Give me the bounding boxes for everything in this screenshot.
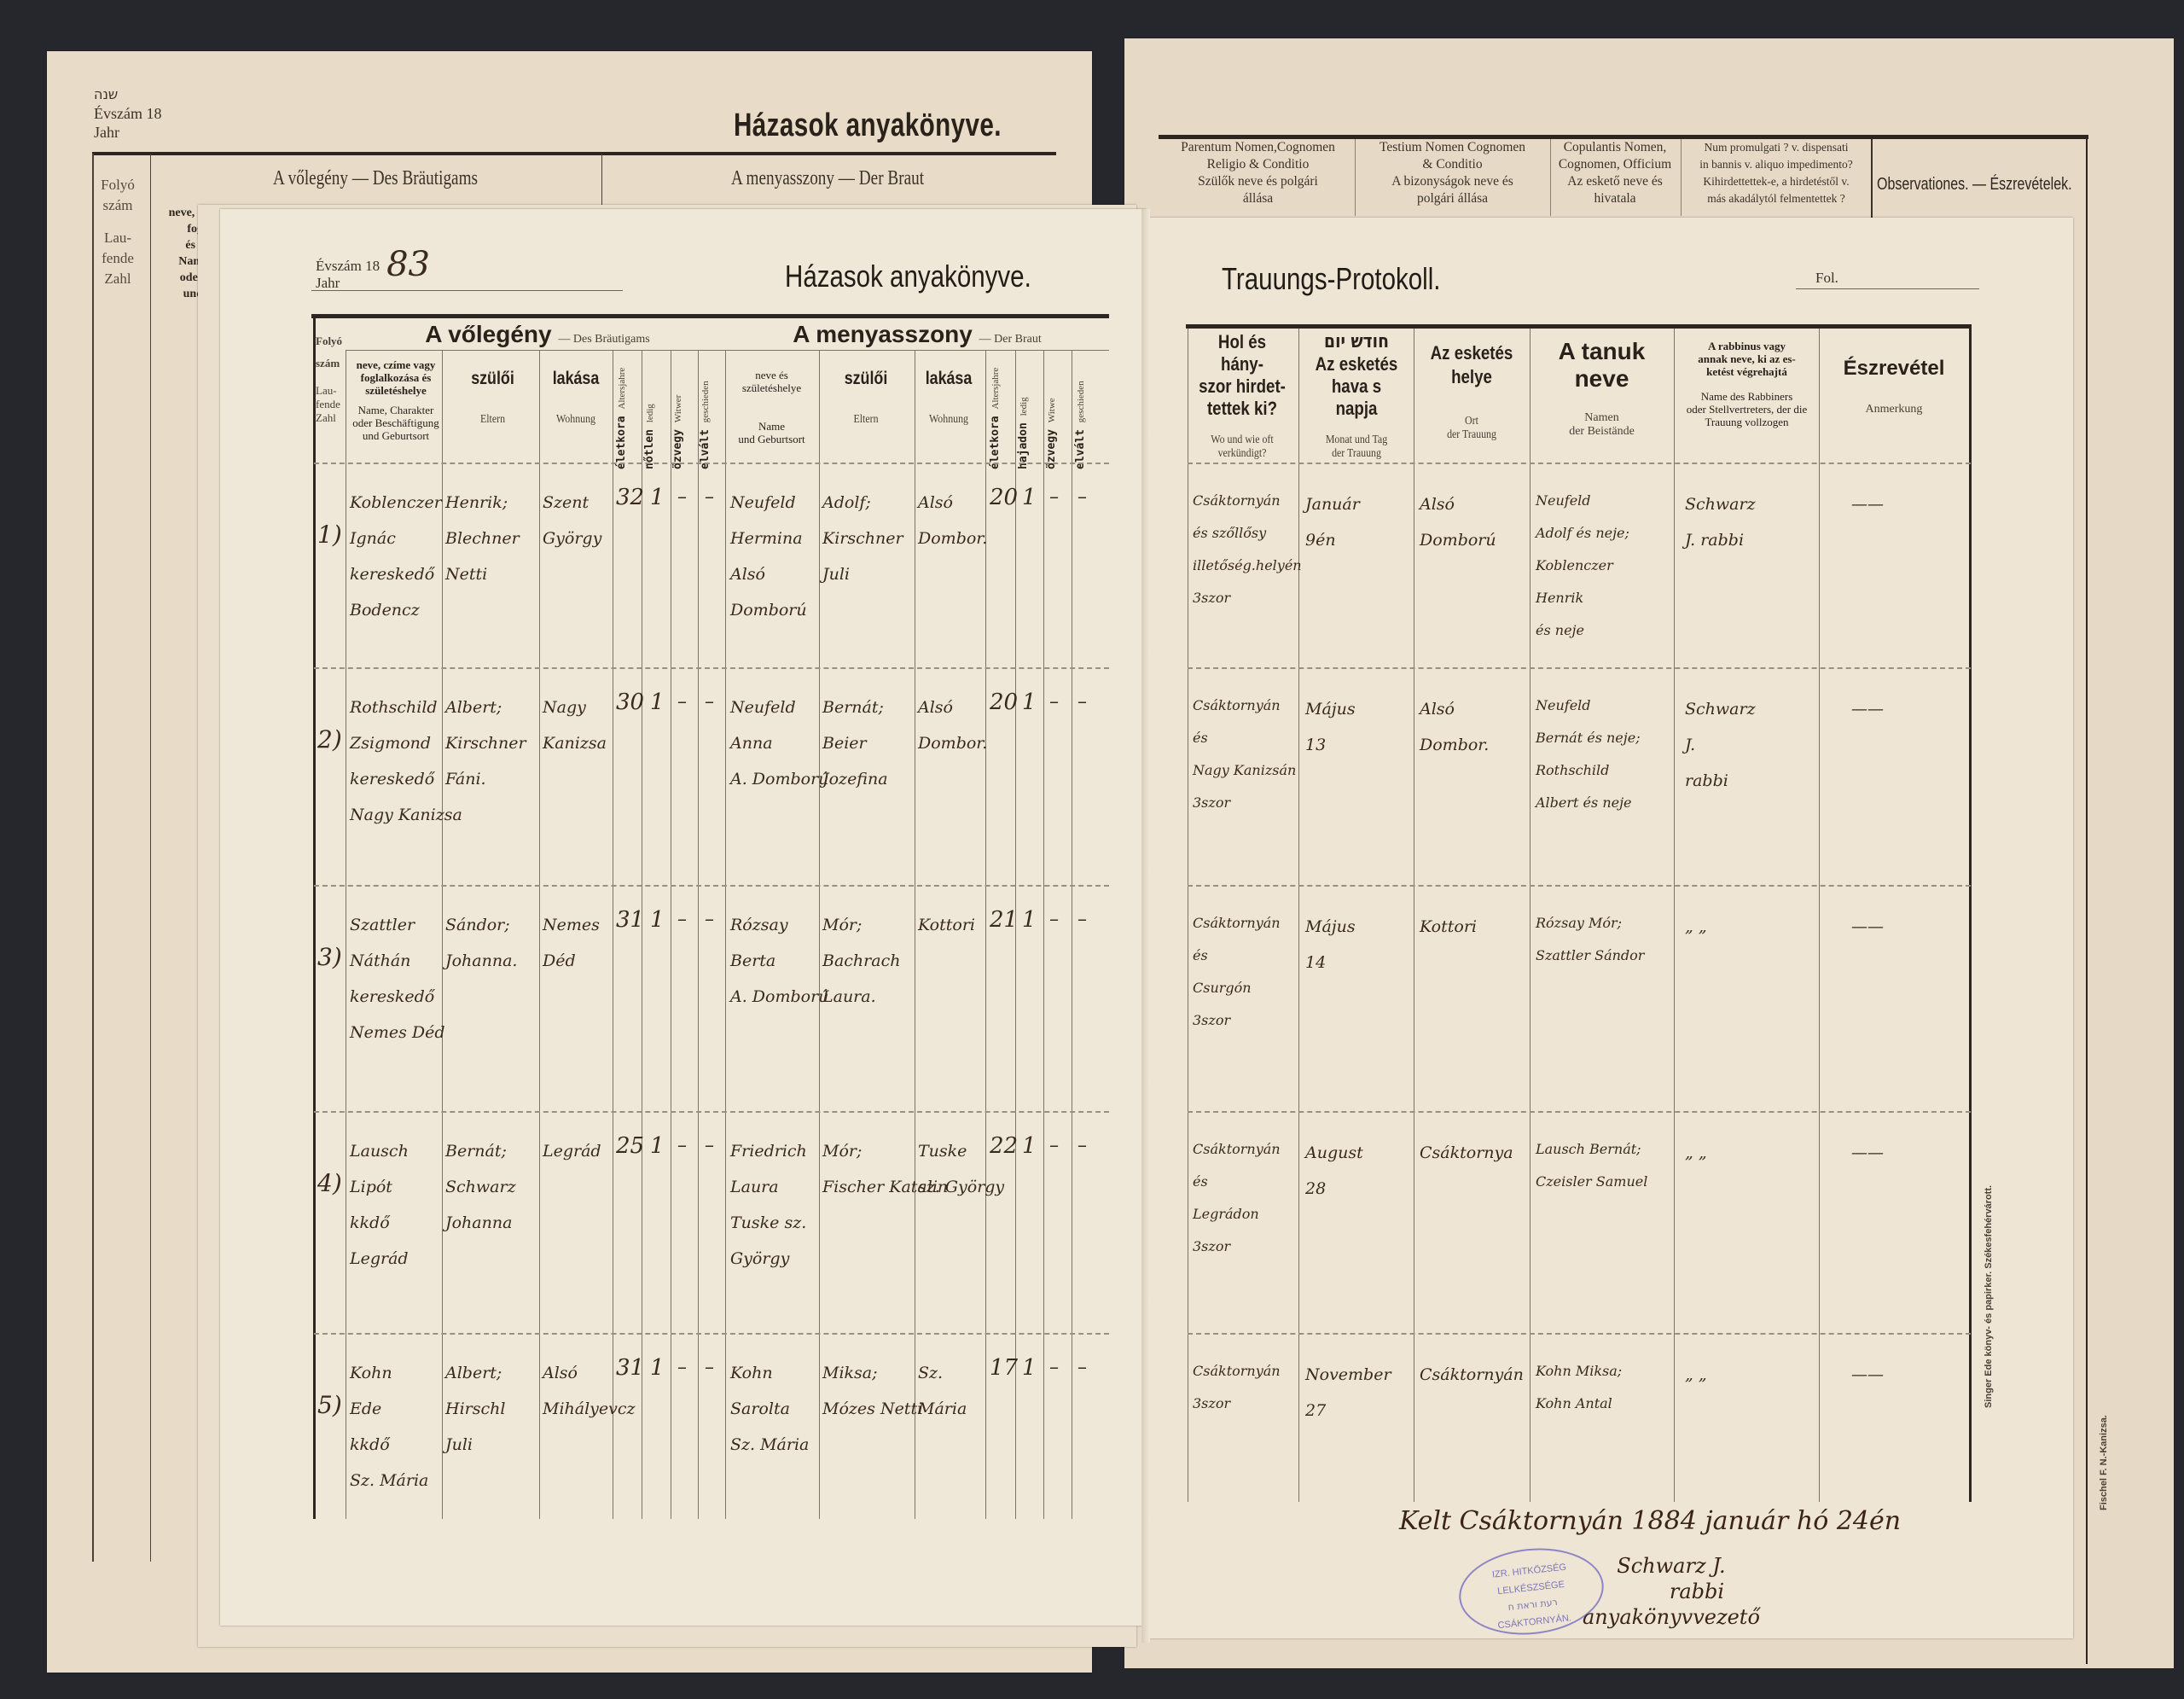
groom-name-cell: Lausch Lipót kkdő Legrád [350,1133,409,1277]
back-right-col-officiant: Copulantis Nomen,Cognomen, Officium Az e… [1551,139,1679,207]
row-rule [1188,1111,1971,1113]
right-table-left-border [1188,329,1188,1502]
bride-parents-cell: Bernát; Beier Jozefina [822,689,888,797]
groom-name-cell: Szattler Náthán kereskedő Nemes Déd [350,907,445,1050]
year-value-handwritten: 83 [386,245,430,284]
groom-residence-header: lakása Wohnung [547,369,605,427]
bride-age-cell: 20 [990,684,1018,720]
bride-divorced-header: elvált geschieden [1075,367,1087,469]
record-number: 4) [317,1169,342,1197]
back-right-border [2086,137,2088,1664]
banns-cell: Csáktornyán és szőllősy illetőség.helyén… [1193,485,1302,614]
witnesses-header: A tanuk neve Namen der Beistände [1531,338,1672,439]
back-right-observations: Observationes. — Észrevételek. [1877,175,2072,195]
bride-parents-cell: Miksa; Mózes Netti [822,1355,922,1427]
back-table-top-rule [92,152,1056,155]
banns-cell: Csáktornyán és Nagy Kanizsán 3szor [1193,689,1296,819]
groom-residence-cell: Nagy Kanizsa [543,689,607,761]
row-rule [314,1111,1109,1113]
banns-header: Hol és hány- szor hirdet- tettek ki? Wo … [1196,331,1289,461]
rabbi-signature: Schwarz J. rabbi anyakönyvvezető [1583,1553,1760,1630]
row-rule [314,1333,1109,1335]
bride-residence-cell: Sz. Mária [918,1355,967,1427]
wedding-date-cell: Május 14 [1305,909,1356,980]
left-table-top-rule [311,314,1109,318]
bride-widowed-cell: – [1049,1350,1059,1386]
back-year-label: שנה Évszám 18 Jahr [94,85,161,142]
back-groom-header: A vőlegény — Des Bräutigams [232,167,519,190]
bride-name-cell: Rózsay Berta A. Domború [730,907,828,1015]
witnesses-cell: Neufeld Adolf és neje; Koblenczer Henrik… [1536,485,1629,647]
groom-age-cell: 32 [616,480,644,515]
bride-single-cell: 1 [1022,684,1037,720]
witnesses-cell: Kohn Miksa; Kohn Antal [1536,1355,1622,1420]
wedding-place-cell: Alsó Dombor. [1420,691,1489,763]
dated-line: Kelt Csáktornyán 1884 január hó 24én [1399,1506,1901,1536]
folyo-header: Folyó szám Lau- fende Zahl [316,335,348,425]
remarks-cell: —— [1851,1135,1884,1171]
groom-residence-cell: Nemes Déd [543,907,600,979]
bride-single-cell: 1 [1022,480,1037,515]
groom-residence-cell: Szent György [543,485,601,556]
bride-age-cell: 17 [990,1350,1018,1386]
back-col-divider [601,154,602,205]
back-right-divider [1355,139,1356,216]
rabbi-cell: „ „ [1685,909,1707,945]
bride-residence-cell: Alsó Dombor. [918,485,987,556]
rabbi-cell: „ „ [1685,1357,1707,1393]
bride-age-cell: 20 [990,480,1018,515]
wedding-place-header: Az esketés helye Ort der Trauung [1425,341,1519,442]
remarks-cell: —— [1851,909,1884,945]
remarks-cell: —— [1851,486,1884,522]
groom-single-cell: 1 [650,480,665,515]
groom-name-cell: Kohn Ede kkdő Sz. Mária [350,1355,428,1498]
wedding-date-cell: August 28 [1305,1135,1363,1207]
groom-single-cell: 1 [650,902,665,938]
left-column-divider [613,350,613,1519]
row-rule [314,463,1109,464]
groom-group-header: A vőlegény — Des Bräutigams [354,321,721,348]
wedding-place-cell: Csáktornya [1420,1135,1513,1171]
bride-single-cell: 1 [1022,902,1037,938]
row-rule [1188,1333,1971,1335]
groom-divorced-cell: – [705,480,714,515]
record-number: 3) [317,943,342,971]
bride-divorced-cell: – [1077,480,1087,515]
wedding-place-cell: Alsó Domború [1420,486,1496,558]
groom-widowed-cell: – [677,1128,687,1164]
bride-widowed-cell: – [1049,480,1059,515]
back-right-col-banns: Num promulgati ? v. dispensatiin bannis … [1682,139,1870,207]
groom-residence-cell: Legrád [543,1133,601,1169]
bride-widowed-header: özvegy Witwe [1046,367,1058,469]
groom-single-header: nőtlen ledig [644,367,656,469]
wedding-place-cell: Csáktornyán [1420,1357,1524,1393]
groom-widowed-cell: – [677,902,687,938]
left-column-divider [1043,350,1044,1519]
groom-parents-cell: Henrik; Blechner Netti [445,485,520,592]
book-spine [1141,209,1150,1643]
remarks-cell: —— [1851,691,1884,727]
row-rule [314,885,1109,887]
right-table-border [1969,324,1972,1502]
groom-name-cell: Koblenczer Ignác kereskedő Bodencz [350,485,442,628]
bride-residence-cell: Alsó Dombor. [918,689,987,761]
printer-imprint: Singer Ede könyv- és papirker. Székesfeh… [1984,1101,1994,1408]
groom-age-cell: 31 [616,902,644,938]
back-folyo-header: Folyó szám Lau- fende Zahl [92,175,143,289]
rabbi-cell: Schwarz J. rabbi [1685,691,1756,799]
bride-widowed-cell: – [1049,902,1059,938]
groom-widowed-cell: – [677,684,687,720]
back-right-col-parents: Parentum Nomen,CognomenReligio & Conditi… [1162,139,1354,207]
wedding-date-cell: November 27 [1305,1357,1391,1428]
right-table-top-rule [1186,324,1971,329]
groom-widowed-cell: – [677,480,687,515]
groom-name-header: neve, czíme vagy foglalkozása és születé… [350,358,442,442]
groom-age-header: életkora Altersjahre [616,358,628,469]
record-number: 1) [317,521,342,549]
bride-name-cell: Neufeld Hermina Alsó Domború [730,485,807,628]
bride-parents-cell: Adolf; Kirschner Juli [822,485,903,592]
groom-age-cell: 31 [616,1350,644,1386]
groom-parents-header: szülői Eltern [451,369,535,427]
right-column-divider [1819,329,1820,1502]
group-header-rule [346,350,1109,351]
groom-single-cell: 1 [650,1350,665,1386]
bride-divorced-cell: – [1077,1350,1087,1386]
left-column-divider [346,350,346,1519]
front-right-title: Trauungs-Protokoll. [1222,261,1441,297]
bride-age-cell: 21 [990,902,1018,938]
groom-age-cell: 25 [616,1128,644,1164]
row-rule [1188,885,1971,887]
bride-age-header: életkora Altersjahre [990,358,1002,469]
bride-divorced-cell: – [1077,902,1087,938]
front-left-title: Házasok anyakönyve. [785,259,1031,294]
wedding-place-cell: Kottori [1420,909,1477,945]
right-column-divider [1674,329,1675,1502]
bride-group-header: A menyasszony — Der Braut [729,321,1105,348]
groom-single-cell: 1 [650,684,665,720]
row-rule [1188,667,1971,669]
groom-parents-cell: Bernát; Schwarz Johanna [445,1133,516,1241]
bride-widowed-cell: – [1049,684,1059,720]
folio-label: Fol. [1815,270,1838,287]
groom-age-cell: 30 [616,684,644,720]
back-col-divider [150,154,151,1562]
left-column-divider [1072,350,1072,1519]
groom-single-cell: 1 [650,1128,665,1164]
left-column-divider [539,350,540,1519]
bride-name-cell: Kohn Sarolta Sz. Mária [730,1355,809,1463]
groom-widowed-cell: – [677,1350,687,1386]
back-page-title: Házasok anyakönyve. [734,108,1002,144]
folio-underline [1796,288,1979,289]
back-right-col-witnesses: Testium Nomen Cognomen& Conditio A bizon… [1356,139,1548,207]
record-number: 2) [317,725,342,753]
left-column-divider [698,350,699,1519]
rabbi-cell: Schwarz J. rabbi [1685,486,1756,558]
back-table-left-border [92,154,94,1562]
rabbi-header: A rabbinus vagy annak neve, ki az es- ke… [1676,340,1817,428]
bride-single-header: hajadon ledig [1018,358,1030,469]
left-table-border [313,316,316,1519]
bride-single-cell: 1 [1022,1128,1037,1164]
bride-age-cell: 22 [990,1128,1018,1164]
bride-parents-header: szülői Eltern [826,369,906,427]
right-column-divider [1530,329,1531,1502]
left-column-divider [671,350,671,1519]
bride-name-cell: Neufeld Anna A. Domború [730,689,828,797]
groom-parents-cell: Albert; Kirschner Fáni. [445,689,526,797]
wedding-date-cell: Január 9én [1305,486,1360,558]
record-number: 5) [317,1391,342,1419]
remarks-header: Észrevétel Anmerkung [1821,357,1966,416]
groom-divorced-cell: – [705,1350,714,1386]
back-right-divider [1681,139,1682,216]
bride-single-cell: 1 [1022,1350,1037,1386]
bride-divorced-cell: – [1077,684,1087,720]
back-groom-subheader-partial: neve, c fog és s Nam oder und [156,205,203,302]
bride-parents-cell: Mór; Bachrach Laura. [822,907,900,1015]
groom-widowed-header: özvegy Witwer [672,367,684,469]
banns-cell: Csáktornyán és Legrádon 3szor [1193,1133,1281,1263]
rabbi-cell: „ „ [1685,1135,1707,1171]
groom-divorced-cell: – [705,684,714,720]
bride-residence-cell: Kottori [918,907,975,943]
groom-divorced-cell: – [705,902,714,938]
row-rule [314,667,1109,669]
bride-widowed-cell: – [1049,1128,1059,1164]
remarks-cell: —— [1851,1357,1884,1393]
wedding-date-cell: Május 13 [1305,691,1356,763]
witnesses-cell: Rózsay Mór; Szattler Sándor [1536,907,1644,972]
banns-cell: Csáktornyán és Csurgón 3szor [1193,907,1281,1037]
front-year-label: Évszám 1883 Jahr [316,256,430,292]
left-column-divider [915,350,915,1519]
back-bride-header: A menyasszony — Der Braut [671,167,985,190]
wedding-date-header: חודש יום Az esketés hava s napja Monat u… [1310,331,1404,461]
bride-residence-header: lakása Wohnung [920,369,978,427]
banns-cell: Csáktornyán 3szor [1193,1355,1281,1420]
left-column-divider [725,350,726,1519]
year-underline [311,290,623,291]
groom-divorced-cell: – [705,1128,714,1164]
bride-name-cell: Friedrich Laura Tuske sz. György [730,1133,807,1277]
printer-imprint-2: Fischel F. N.-Kanizsa. [2099,1408,2109,1510]
witnesses-cell: Lausch Bernát; Czeisler Samuel [1536,1133,1647,1198]
bride-divorced-cell: – [1077,1128,1087,1164]
right-column-divider [1414,329,1414,1502]
groom-parents-cell: Albert; Hirschl Juli [445,1355,505,1463]
witnesses-cell: Neufeld Bernát és neje; Rothschild Alber… [1536,689,1641,819]
groom-divorced-header: elvált geschieden [700,367,712,469]
row-rule [1188,463,1971,464]
groom-parents-cell: Sándor; Johanna. [445,907,517,979]
bride-name-header: neve és születéshelye Name und Geburtsor… [727,369,816,445]
